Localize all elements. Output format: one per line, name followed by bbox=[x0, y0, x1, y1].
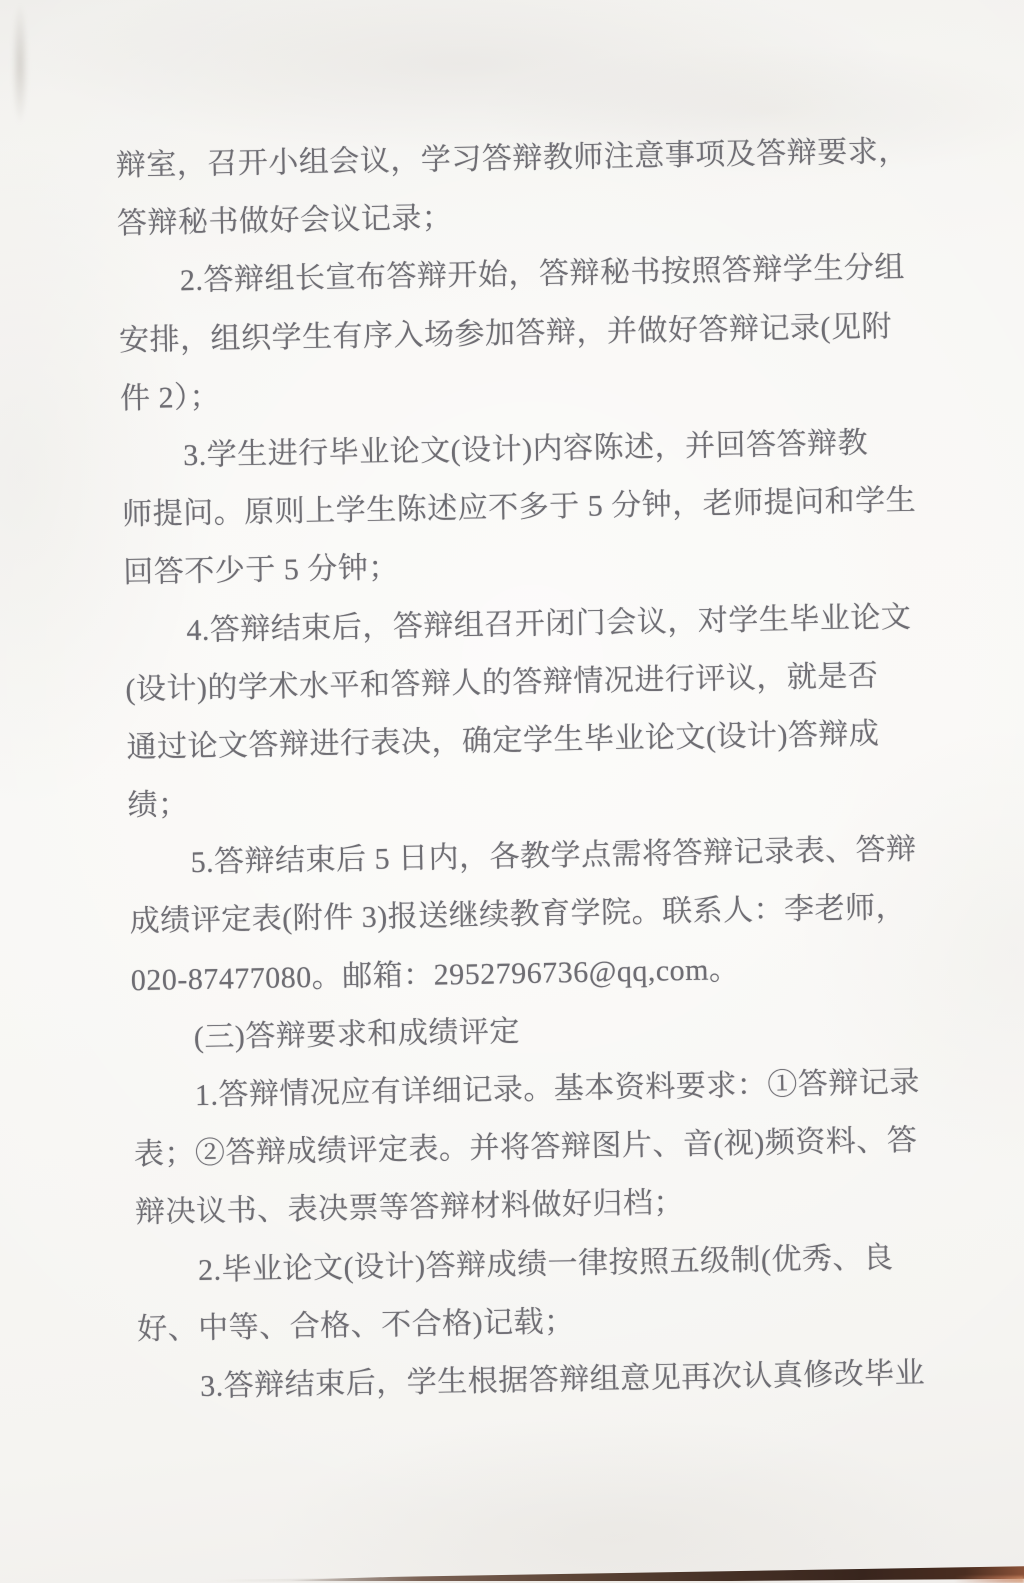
document-text: 辩室，召开小组会议，学习答辩教师注意事项及答辩要求，答辩秘书做好会议记录；2.答… bbox=[115, 123, 930, 1417]
page-bottom-edge-highlight bbox=[954, 1576, 1024, 1583]
scanned-page: 辩室，召开小组会议，学习答辩教师注意事项及答辩要求，答辩秘书做好会议记录；2.答… bbox=[0, 0, 1024, 1583]
page-bottom-edge bbox=[290, 1565, 1024, 1581]
scan-smudge bbox=[12, 4, 28, 124]
